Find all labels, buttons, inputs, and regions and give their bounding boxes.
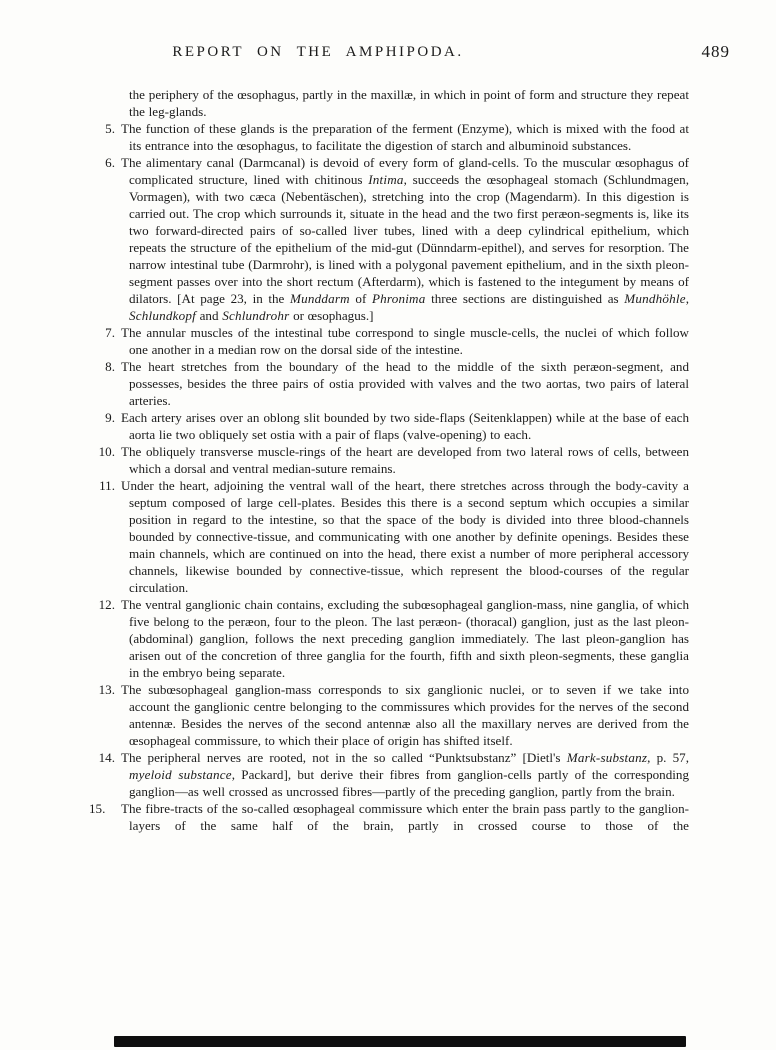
- intro-paragraph: the periphery of the œsophagus, partly i…: [95, 86, 689, 120]
- list-item: 7.The annular muscles of the intestinal …: [95, 324, 689, 358]
- list-item: 5.The function of these glands is the pr…: [95, 120, 689, 154]
- list-item: 11.Under the heart, adjoining the ventra…: [95, 477, 689, 596]
- page-number: 489: [702, 42, 731, 62]
- item-number: 11.: [89, 477, 115, 494]
- list-item: 8.The heart stretches from the boundary …: [95, 358, 689, 409]
- item-number: 14.: [89, 749, 115, 766]
- list-item: 12.The ventral ganglionic chain contains…: [95, 596, 689, 681]
- item-number: 7.: [89, 324, 115, 341]
- item-number: 5.: [89, 120, 115, 137]
- item-number: 13.: [89, 681, 115, 698]
- list-item: 13.The subœsophageal ganglion-mass corre…: [95, 681, 689, 749]
- list-item: 10.The obliquely transverse muscle-rings…: [95, 443, 689, 477]
- item-number: 9.: [89, 409, 115, 426]
- page-header: REPORT ON THE AMPHIPODA. 489: [0, 44, 776, 66]
- scan-edge-artifact: [114, 1036, 686, 1047]
- list-item: 14.The peripheral nerves are rooted, not…: [95, 749, 689, 800]
- list-item: 15.The fibre-tracts of the so-called œso…: [95, 800, 689, 834]
- item-number: 8.: [89, 358, 115, 375]
- list-item: 9.Each artery arises over an oblong slit…: [95, 409, 689, 443]
- item-number: 6.: [89, 154, 115, 171]
- text-block: the periphery of the œsophagus, partly i…: [95, 86, 689, 834]
- numbered-list: 5.The function of these glands is the pr…: [95, 120, 689, 834]
- list-item: 6.The alimentary canal (Darmcanal) is de…: [95, 154, 689, 324]
- item-number: 10.: [89, 443, 115, 460]
- item-number: 15.: [89, 800, 115, 817]
- item-number: 12.: [89, 596, 115, 613]
- running-title: REPORT ON THE AMPHIPODA.: [20, 44, 616, 61]
